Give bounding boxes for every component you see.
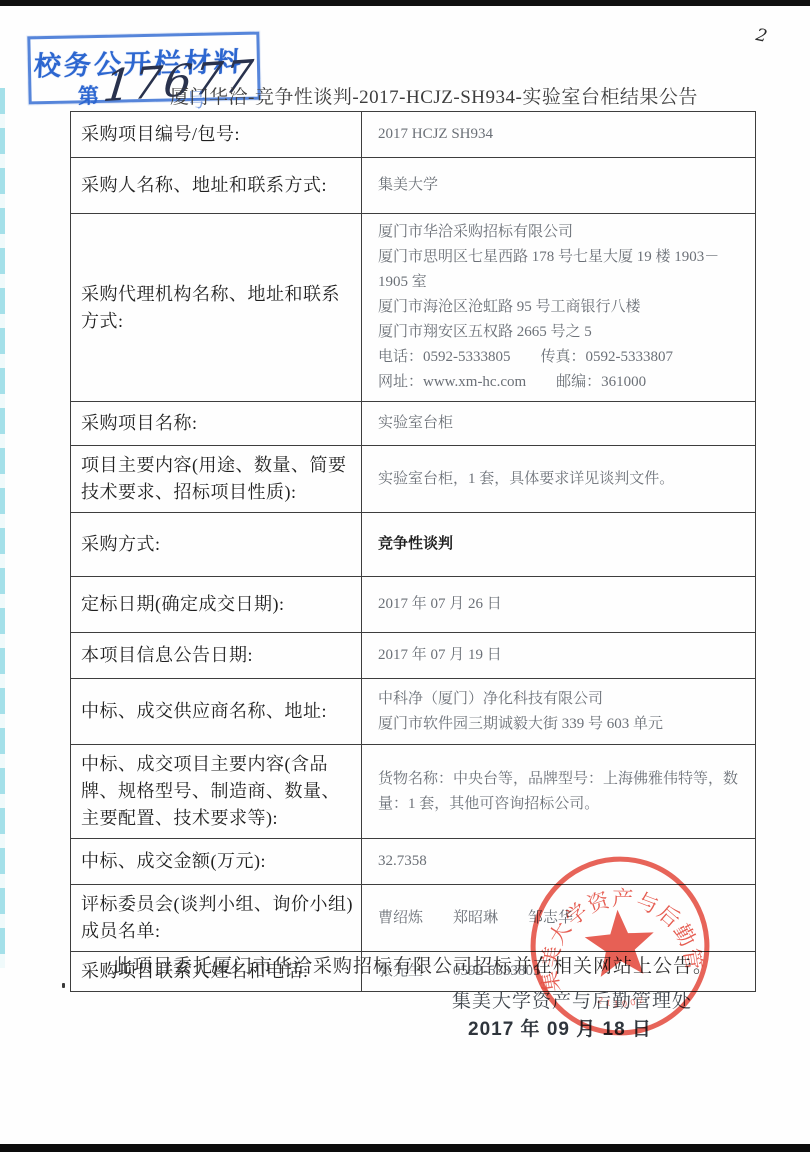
- row-label: 采购项目编号/包号:: [71, 112, 362, 158]
- table-row: 采购项目名称: 实验室台柜: [71, 402, 756, 446]
- row-label: 定标日期(确定成交日期):: [71, 577, 362, 633]
- row-label: 评标委员会(谈判小组、询价小组)成员名单:: [71, 885, 362, 952]
- scan-artifact-bottom-bar: [0, 1144, 810, 1152]
- row-label: 采购方式:: [71, 513, 362, 577]
- row-value: 2017 HCJZ SH934: [378, 122, 745, 147]
- row-value-line: 厦门市华洽采购招标有限公司: [378, 220, 745, 245]
- table-row: 采购人名称、地址和联系方式: 集美大学: [71, 158, 756, 214]
- blue-registry-stamp-prefix: 第: [77, 80, 99, 111]
- seal-star-icon: [583, 907, 657, 977]
- row-value: 2017 年 07 月 19 日: [378, 643, 745, 668]
- table-row: 中标、成交供应商名称、地址: 中科净（厦门）净化科技有限公司 厦门市软件园三期诚…: [71, 679, 756, 745]
- scan-artifact-top-bar: [0, 0, 810, 6]
- handwritten-corner-mark: 2: [754, 25, 769, 47]
- row-value-line: 中科净（厦门）净化科技有限公司: [378, 687, 745, 712]
- ink-dot: [62, 983, 65, 988]
- seal-code: 211002: [596, 991, 649, 1010]
- row-label: 采购代理机构名称、地址和联系方式:: [71, 214, 362, 402]
- row-value: 货物名称：中央台等，品牌型号：上海佛雅伟特等，数量：1 套，其他可咨询招标公司。: [378, 767, 745, 817]
- table-row: 采购代理机构名称、地址和联系方式: 厦门市华洽采购招标有限公司 厦门市思明区七星…: [71, 214, 756, 402]
- row-value-line: 厦门市翔安区五权路 2665 号之 5: [378, 320, 745, 345]
- scanned-document-page: 2 校务公开栏材料 第 17677 号 厦门华洽-竞争性谈判-2017-HCJZ…: [0, 0, 810, 1152]
- table-row: 中标、成交项目主要内容(含品牌、规格型号、制造商、数量、主要配置、技术要求等):…: [71, 745, 756, 839]
- row-label: 项目主要内容(用途、数量、简要技术要求、招标项目性质):: [71, 446, 362, 513]
- table-row: 本项目信息公告日期: 2017 年 07 月 19 日: [71, 633, 756, 679]
- seal-ring-text: 集美大学资产与后勤管理处: [518, 844, 707, 996]
- row-label: 采购项目名称:: [71, 402, 362, 446]
- row-label: 采购人名称、地址和联系方式:: [71, 158, 362, 214]
- table-row: 采购项目编号/包号: 2017 HCJZ SH934: [71, 112, 756, 158]
- scan-artifact-left-streak: [0, 88, 5, 968]
- row-value: 实验室台柜，1 套，具体要求详见谈判文件。: [378, 467, 745, 492]
- table-row: 项目主要内容(用途、数量、简要技术要求、招标项目性质): 实验室台柜，1 套，具…: [71, 446, 756, 513]
- row-value: 集美大学: [378, 173, 745, 198]
- row-value-line: 厦门市海沧区沧虹路 95 号工商银行八楼: [378, 295, 745, 320]
- row-value: 竞争性谈判: [378, 532, 745, 557]
- red-official-seal: 集美大学资产与后勤管理处 211002: [518, 844, 723, 1049]
- row-label: 中标、成交金额(万元):: [71, 839, 362, 885]
- row-label: 中标、成交供应商名称、地址:: [71, 679, 362, 745]
- row-value-line: 厦门市思明区七星西路 178 号七星大厦 19 楼 1903－1905 室: [378, 245, 745, 295]
- document-title: 厦门华洽-竞争性谈判-2017-HCJZ-SH934-实验室台柜结果公告: [170, 82, 698, 109]
- row-value-line: 电话：0592-5333805 传真：0592-5333807: [378, 345, 745, 370]
- table-row: 定标日期(确定成交日期): 2017 年 07 月 26 日: [71, 577, 756, 633]
- row-value-line: 厦门市软件园三期诚毅大街 339 号 603 单元: [378, 712, 745, 737]
- table-row: 采购方式: 竞争性谈判: [71, 513, 756, 577]
- row-value: 实验室台柜: [378, 411, 745, 436]
- row-label: 中标、成交项目主要内容(含品牌、规格型号、制造商、数量、主要配置、技术要求等):: [71, 745, 362, 839]
- row-label: 本项目信息公告日期:: [71, 633, 362, 679]
- row-value-line: 网址：www.xm-hc.com 邮编：361000: [378, 370, 745, 395]
- row-value: 2017 年 07 月 26 日: [378, 592, 745, 617]
